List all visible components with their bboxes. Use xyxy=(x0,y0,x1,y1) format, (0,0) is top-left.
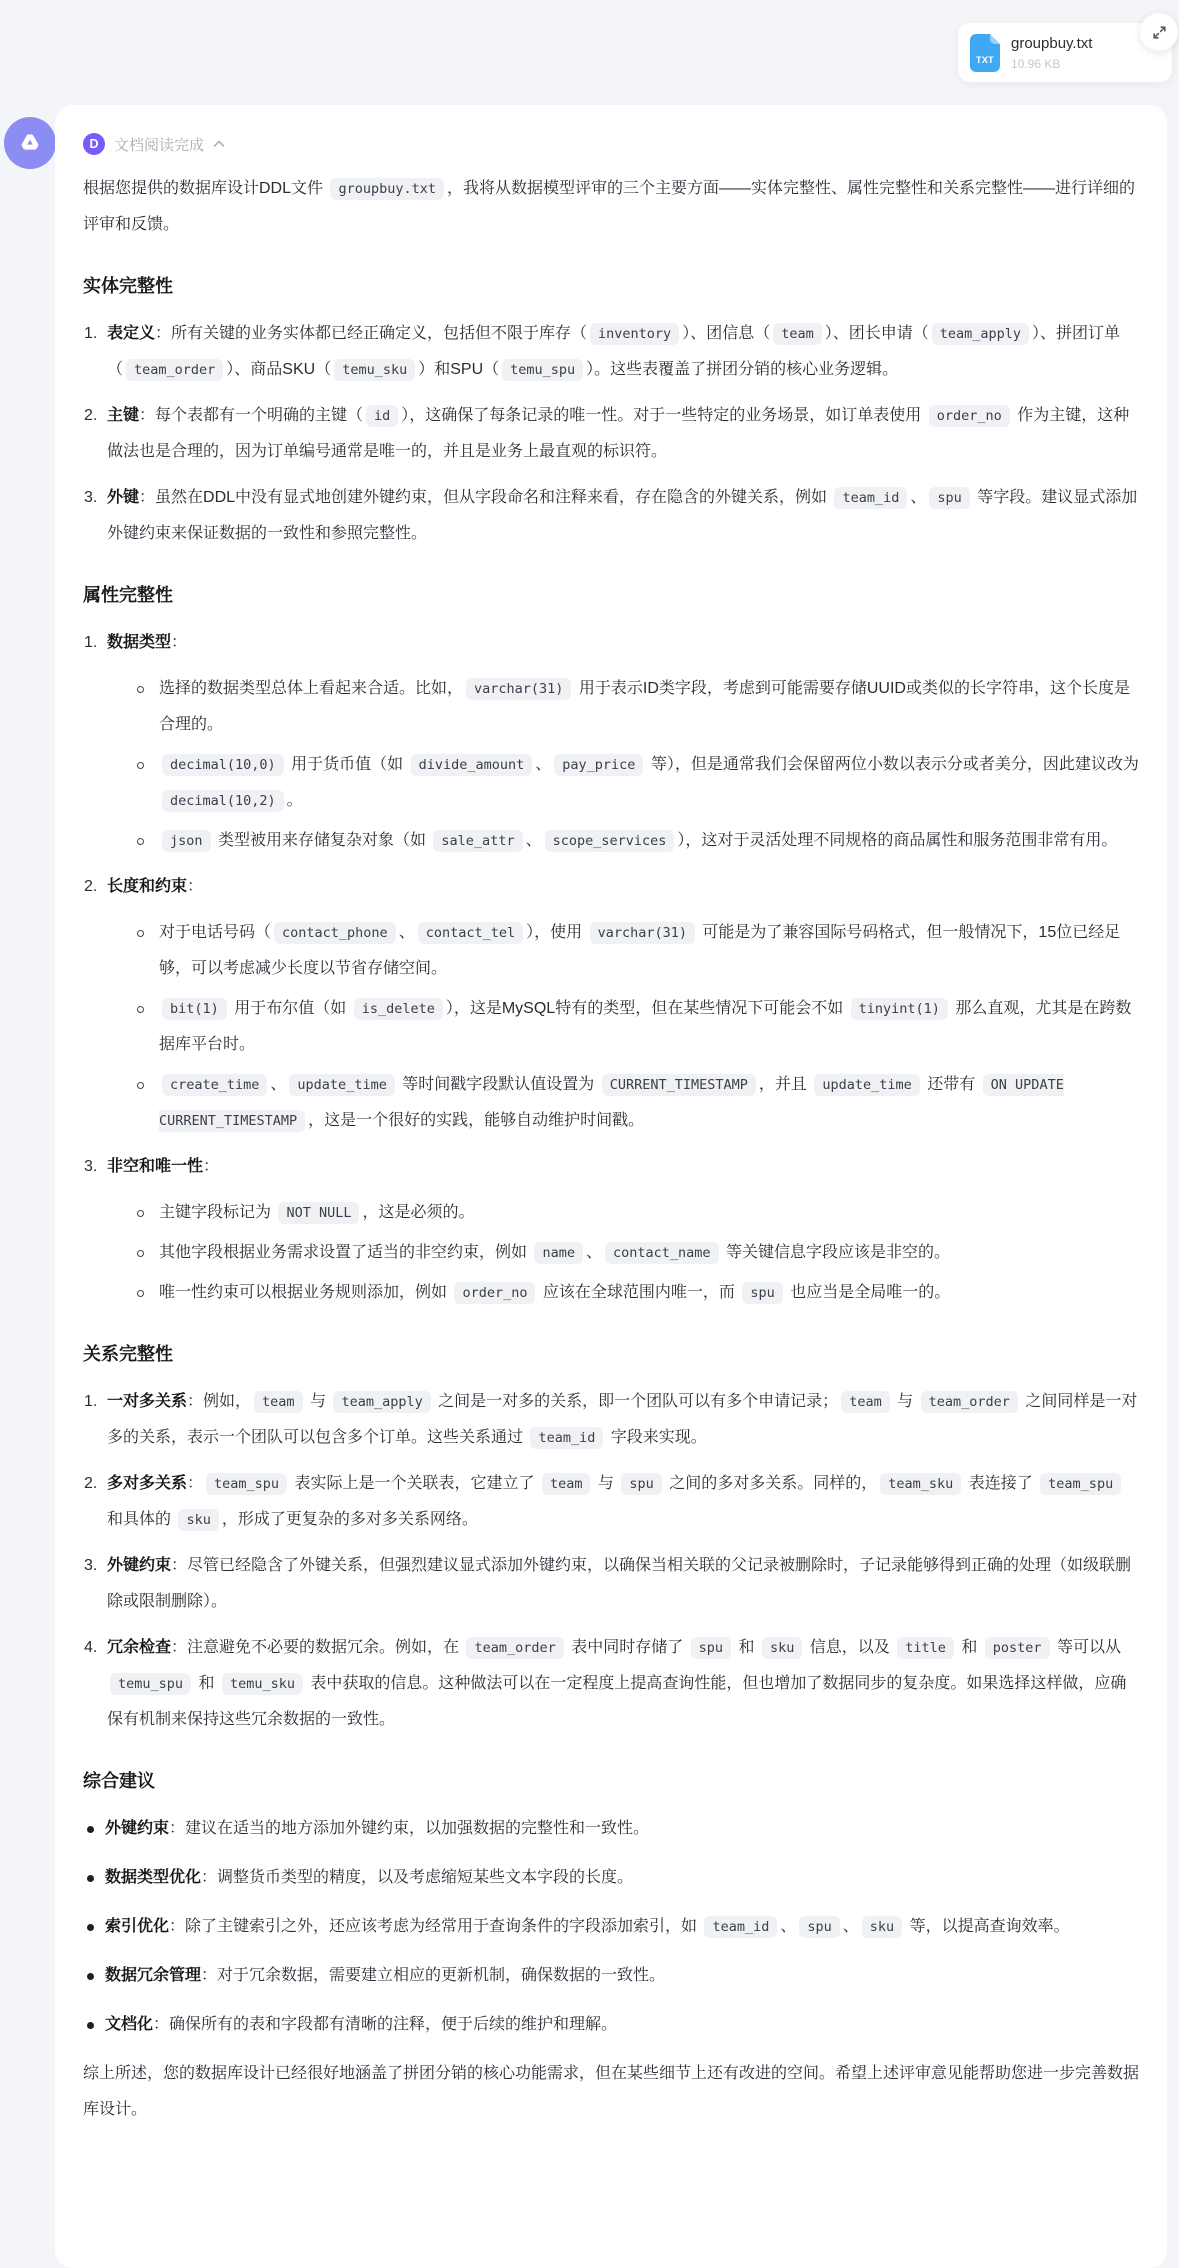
inline-code: team xyxy=(254,1391,303,1413)
text-run: ： xyxy=(171,634,187,651)
text-run: ，并且 xyxy=(759,1076,811,1093)
inline-code: contact_name xyxy=(605,1242,719,1264)
text-run: 等，以提高查询效率。 xyxy=(905,1918,1069,1935)
inline-code: team_id xyxy=(704,1916,777,1938)
text-run: ：对于冗余数据，需要建立相应的更新机制，确保数据的一致性。 xyxy=(201,1967,665,1984)
ordered-list-item: 1.表定义：所有关键的业务实体都已经正确定义，包括但不限于库存（inventor… xyxy=(83,316,1141,388)
inline-code: is_delete xyxy=(354,998,443,1020)
bold-term: 外键约束 xyxy=(105,1820,169,1837)
inline-code: sku xyxy=(862,1916,902,1938)
inline-code: contact_phone xyxy=(274,922,396,944)
inline-code: team_id xyxy=(530,1427,603,1449)
sub-bullet-list: 选择的数据类型总体上看起来合适。比如，varchar(31) 用于表示ID类字段… xyxy=(83,671,1141,859)
assistant-avatar xyxy=(4,117,56,169)
list-number: 4. xyxy=(84,1630,97,1666)
disc-bullet-icon xyxy=(87,1826,94,1833)
circle-bullet-icon xyxy=(137,686,144,693)
inline-code: team xyxy=(542,1473,591,1495)
attachment-filesize: 10.96 KB xyxy=(1011,57,1092,71)
ordered-list-item: 3.外键约束：尽管已经隐含了外键关系，但强烈建议显式添加外键约束，以确保当相关联… xyxy=(83,1548,1141,1620)
circle-bullet-icon xyxy=(137,1290,144,1297)
inline-code: create_time xyxy=(162,1074,267,1096)
document-badge-icon: D xyxy=(83,133,105,155)
text-run: ，形成了更复杂的多对多关系网络。 xyxy=(222,1511,478,1528)
section-heading: 实体完整性 xyxy=(83,273,1141,300)
text-run: 和 xyxy=(734,1639,759,1656)
inline-code: team_order xyxy=(126,359,223,381)
text-run: 、 xyxy=(535,756,551,773)
bold-term: 数据冗余管理 xyxy=(105,1967,201,1984)
text-run: ：调整货币类型的精度，以及考虑缩短某些文本字段的长度。 xyxy=(201,1869,633,1886)
doc-read-status-label: 文档阅读完成 xyxy=(114,134,204,155)
bullet-list-item: 数据冗余管理：对于冗余数据，需要建立相应的更新机制，确保数据的一致性。 xyxy=(83,1958,1141,1994)
inline-code: decimal(10,2) xyxy=(162,790,284,812)
inline-code: temu_spu xyxy=(502,359,583,381)
ordered-list: 1.一对多关系：例如，team 与 team_apply 之间是一对多的关系，即… xyxy=(83,1384,1141,1738)
inline-code: bit(1) xyxy=(162,998,227,1020)
bold-term: 一对多关系 xyxy=(107,1393,187,1410)
text-run: ：除了主键索引之外，还应该考虑为经常用于查询条件的字段添加索引，如 xyxy=(169,1918,701,1935)
bold-term: 数据类型 xyxy=(107,634,171,651)
inline-code: team_id xyxy=(834,487,907,509)
inline-code: sku xyxy=(178,1509,218,1531)
text-run: 等可以从 xyxy=(1053,1639,1121,1656)
text-run: 、 xyxy=(910,489,926,506)
bold-term: 冗余检查 xyxy=(107,1639,171,1656)
text-run: 等时间戳字段默认值设置为 xyxy=(398,1076,599,1093)
section-heading: 属性完整性 xyxy=(83,582,1141,609)
text-run: 和 xyxy=(194,1675,219,1692)
disc-bullet-icon xyxy=(87,1875,94,1882)
text-run: ，这是一个很好的实践，能够自动维护时间戳。 xyxy=(308,1112,644,1129)
sub-list-item: json 类型被用来存储复杂对象（如 sale_attr、scope_servi… xyxy=(134,823,1141,859)
bold-term: 外键约束 xyxy=(107,1557,171,1574)
text-run: ： xyxy=(187,1475,203,1492)
text-run: 与 xyxy=(306,1393,331,1410)
ordered-list-item: 1.一对多关系：例如，team 与 team_apply 之间是一对多的关系，即… xyxy=(83,1384,1141,1456)
text-run: ：所有关键的业务实体都已经正确定义，包括但不限于库存（ xyxy=(155,325,587,342)
sub-list-item: 主键字段标记为 NOT NULL，这是必须的。 xyxy=(134,1195,1141,1231)
inline-code: spu xyxy=(621,1473,661,1495)
bold-term: 数据类型优化 xyxy=(105,1869,201,1886)
circle-bullet-icon xyxy=(137,1250,144,1257)
inline-code: sku xyxy=(762,1637,802,1659)
text-run: 对于电话号码（ xyxy=(159,924,271,941)
circle-bullet-icon xyxy=(137,1082,144,1089)
text-run: 与 xyxy=(893,1393,918,1410)
ordered-list-item: 1.数据类型： xyxy=(83,625,1141,661)
text-run: 、 xyxy=(270,1076,286,1093)
inline-code: order_no xyxy=(454,1282,535,1304)
bullet-list-item: 外键约束：建议在适当的地方添加外键约束，以加强数据的完整性和一致性。 xyxy=(83,1811,1141,1847)
bullet-list: 外键约束：建议在适当的地方添加外键约束，以加强数据的完整性和一致性。数据类型优化… xyxy=(83,1811,1141,2043)
text-run: 唯一性约束可以根据业务规则添加，例如 xyxy=(159,1284,451,1301)
text-run: 表连接了 xyxy=(964,1475,1037,1492)
expand-button[interactable] xyxy=(1140,13,1178,51)
sub-bullet-list: 对于电话号码（contact_phone、contact_tel），使用 var… xyxy=(83,915,1141,1139)
text-run: 与 xyxy=(593,1475,618,1492)
inline-code: team_apply xyxy=(333,1391,430,1413)
inline-code: team_order xyxy=(921,1391,1018,1413)
sub-list-item: create_time、update_time 等时间戳字段默认值设置为 CUR… xyxy=(134,1067,1141,1139)
text-run: 根据您提供的数据库设计DDL文件 xyxy=(83,180,327,197)
inline-code: varchar(31) xyxy=(466,678,571,700)
bold-term: 表定义 xyxy=(107,325,155,342)
section-heading: 综合建议 xyxy=(83,1768,1141,1795)
text-run: ：虽然在DDL中没有显式地创建外键约束，但从字段命名和注释来看，存在隐含的外键关… xyxy=(139,489,831,506)
circle-bullet-icon xyxy=(137,930,144,937)
ordered-list: 1.数据类型：选择的数据类型总体上看起来合适。比如，varchar(31) 用于… xyxy=(83,625,1141,1311)
sub-list-item: 其他字段根据业务需求设置了适当的非空约束，例如 name、contact_nam… xyxy=(134,1235,1141,1271)
text-run: 用于布尔值（如 xyxy=(230,1000,351,1017)
text-run: 、 xyxy=(526,832,542,849)
bold-term: 外键 xyxy=(107,489,139,506)
text-run: 类型被用来存储复杂对象（如 xyxy=(214,832,431,849)
bold-term: 索引优化 xyxy=(105,1918,169,1935)
text-run: 、 xyxy=(586,1244,602,1261)
sub-bullet-list: 主键字段标记为 NOT NULL，这是必须的。其他字段根据业务需求设置了适当的非… xyxy=(83,1195,1141,1311)
bold-term: 多对多关系 xyxy=(107,1475,187,1492)
text-run: ：尽管已经隐含了外键关系，但强烈建议显式添加外键约束，以确保当相关联的父记录被删… xyxy=(107,1557,1131,1610)
inline-code: spu xyxy=(799,1916,839,1938)
list-number: 2. xyxy=(84,1466,97,1502)
inline-code: scope_services xyxy=(545,830,675,852)
text-run: 字段来实现。 xyxy=(606,1429,706,1446)
text-run: ： xyxy=(187,878,203,895)
list-number: 1. xyxy=(84,625,97,661)
text-run: 之间的多对多关系。同样的， xyxy=(665,1475,877,1492)
inline-code: update_time xyxy=(289,1074,394,1096)
text-run: 、 xyxy=(843,1918,859,1935)
bold-term: 主键 xyxy=(107,407,139,424)
assistant-logo-icon xyxy=(15,128,45,158)
text-run: 等关键信息字段应该是非空的。 xyxy=(722,1244,950,1261)
inline-code: team_spu xyxy=(206,1473,287,1495)
bold-term: 长度和约束 xyxy=(107,878,187,895)
attachment-meta: groupbuy.txt 10.96 KB xyxy=(1011,35,1092,71)
ordered-list-item: 3.外键：虽然在DDL中没有显式地创建外键约束，但从字段命名和注释来看，存在隐含… xyxy=(83,480,1141,552)
circle-bullet-icon xyxy=(137,1006,144,1013)
inline-code: team xyxy=(841,1391,890,1413)
disc-bullet-icon xyxy=(87,1973,94,1980)
disc-bullet-icon xyxy=(87,2022,94,2029)
text-run: ），使用 xyxy=(526,924,586,941)
inline-code: team_spu xyxy=(1040,1473,1121,1495)
bullet-list-item: 数据类型优化：调整货币类型的精度，以及考虑缩短某些文本字段的长度。 xyxy=(83,1860,1141,1896)
inline-code: team xyxy=(773,323,822,345)
text-run: 用于货币值（如 xyxy=(287,756,408,773)
inline-code: order_no xyxy=(929,405,1010,427)
inline-code: decimal(10,0) xyxy=(162,754,284,776)
text-run: ：注意避免不必要的数据冗余。例如，在 xyxy=(171,1639,463,1656)
ordered-list-item: 2.多对多关系：team_spu 表实际上是一个关联表，它建立了 team 与 … xyxy=(83,1466,1141,1538)
doc-read-status-toggle[interactable]: D 文档阅读完成 xyxy=(83,133,1141,155)
ordered-list-item: 4.冗余检查：注意避免不必要的数据冗余。例如，在 team_order 表中同时… xyxy=(83,1630,1141,1738)
text-run: ，这是必须的。 xyxy=(362,1204,474,1221)
inline-code: temu_sku xyxy=(222,1673,303,1695)
bold-term: 文档化 xyxy=(105,2016,153,2033)
text-run: 。 xyxy=(287,792,303,809)
inline-code: NOT NULL xyxy=(278,1202,359,1224)
text-run: ）、商品SKU（ xyxy=(226,361,331,378)
text-run: ：例如， xyxy=(187,1393,251,1410)
inline-code: spu xyxy=(691,1637,731,1659)
inline-code: name xyxy=(534,1242,583,1264)
text-run: 主键字段标记为 xyxy=(159,1204,275,1221)
circle-bullet-icon xyxy=(137,1210,144,1217)
ordered-list: 1.表定义：所有关键的业务实体都已经正确定义，包括但不限于库存（inventor… xyxy=(83,316,1141,552)
inline-code: spu xyxy=(929,487,969,509)
list-number: 1. xyxy=(84,1384,97,1420)
list-number: 2. xyxy=(84,869,97,905)
text-run: ）、团长申请（ xyxy=(825,325,929,342)
ordered-list-item: 3.非空和唯一性： xyxy=(83,1149,1141,1185)
text-run: ）。这些表覆盖了拼团分销的核心业务逻辑。 xyxy=(586,361,898,378)
ordered-list-item: 2.主键：每个表都有一个明确的主键（id），这确保了每条记录的唯一性。对于一些特… xyxy=(83,398,1141,470)
inline-code: pay_price xyxy=(554,754,643,776)
inline-code: groupbuy.txt xyxy=(330,178,444,200)
text-run: 信息，以及 xyxy=(805,1639,894,1656)
bold-term: 非空和唯一性 xyxy=(107,1158,203,1175)
text-run: ：每个表都有一个明确的主键（ xyxy=(139,407,363,424)
circle-bullet-icon xyxy=(137,762,144,769)
text-run: 表中同时存储了 xyxy=(567,1639,688,1656)
inline-code: varchar(31) xyxy=(590,922,695,944)
txt-file-icon: TXT xyxy=(970,34,1000,72)
assistant-message-card: D 文档阅读完成 根据您提供的数据库设计DDL文件 groupbuy.txt，我… xyxy=(55,105,1167,2268)
sub-list-item: 选择的数据类型总体上看起来合适。比如，varchar(31) 用于表示ID类字段… xyxy=(134,671,1141,743)
inline-code: json xyxy=(162,830,211,852)
text-run: ），这确保了每条记录的唯一性。对于一些特定的业务场景，如订单表使用 xyxy=(401,407,925,424)
text-run: 还带有 xyxy=(923,1076,980,1093)
text-run: 选择的数据类型总体上看起来合适。比如， xyxy=(159,680,463,697)
sub-list-item: decimal(10,0) 用于货币值（如 divide_amount、pay_… xyxy=(134,747,1141,819)
inline-code: contact_tel xyxy=(418,922,523,944)
inline-code: CURRENT_TIMESTAMP xyxy=(602,1074,756,1096)
ordered-list-item: 2.长度和约束： xyxy=(83,869,1141,905)
text-run: ）、团信息（ xyxy=(682,325,770,342)
inline-code: team_apply xyxy=(932,323,1029,345)
bullet-list-item: 文档化：确保所有的表和字段都有清晰的注释，便于后续的维护和理解。 xyxy=(83,2007,1141,2043)
inline-code: sale_attr xyxy=(433,830,522,852)
inline-code: spu xyxy=(742,1282,782,1304)
text-run: ： xyxy=(203,1158,219,1175)
inline-code: inventory xyxy=(590,323,679,345)
paragraph: 根据您提供的数据库设计DDL文件 groupbuy.txt，我将从数据模型评审的… xyxy=(83,171,1141,243)
inline-code: divide_amount xyxy=(411,754,533,776)
txt-file-icon-label: TXT xyxy=(976,55,994,65)
sub-list-item: bit(1) 用于布尔值（如 is_delete），这是MySQL特有的类型，但… xyxy=(134,991,1141,1063)
text-run: 和具体的 xyxy=(107,1511,175,1528)
attachment-filename: groupbuy.txt xyxy=(1011,35,1092,52)
list-number: 2. xyxy=(84,398,97,434)
inline-code: temu_sku xyxy=(334,359,415,381)
text-run: ：建议在适当的地方添加外键约束，以加强数据的完整性和一致性。 xyxy=(169,1820,649,1837)
inline-code: title xyxy=(897,1637,954,1659)
text-run: ），这是MySQL特有的类型，但在某些情况下可能会不如 xyxy=(446,1000,848,1017)
inline-code: poster xyxy=(985,1637,1050,1659)
sub-list-item: 对于电话号码（contact_phone、contact_tel），使用 var… xyxy=(134,915,1141,987)
list-number: 1. xyxy=(84,316,97,352)
sub-list-item: 唯一性约束可以根据业务规则添加，例如 order_no 应该在全球范围内唯一，而… xyxy=(134,1275,1141,1311)
text-run: ），这对于灵活处理不同规格的商品属性和服务范围非常有用。 xyxy=(677,832,1117,849)
inline-code: tinyint(1) xyxy=(851,998,948,1020)
text-run: ：确保所有的表和字段都有清晰的注释，便于后续的维护和理解。 xyxy=(153,2016,617,2033)
bullet-list-item: 索引优化：除了主键索引之外，还应该考虑为经常用于查询条件的字段添加索引，如 te… xyxy=(83,1909,1141,1945)
text-run: 、 xyxy=(399,924,415,941)
text-run: ）和SPU（ xyxy=(418,361,499,378)
inline-code: id xyxy=(366,405,398,427)
inline-code: update_time xyxy=(814,1074,919,1096)
text-run: 应该在全球范围内唯一，而 xyxy=(538,1284,739,1301)
disc-bullet-icon xyxy=(87,1924,94,1931)
list-number: 3. xyxy=(84,1548,97,1584)
inline-code: temu_spu xyxy=(110,1673,191,1695)
list-number: 3. xyxy=(84,1149,97,1185)
text-run: 也应当是全局唯一的。 xyxy=(786,1284,950,1301)
inline-code: team_order xyxy=(466,1637,563,1659)
list-number: 3. xyxy=(84,480,97,516)
circle-bullet-icon xyxy=(137,838,144,845)
inline-code: team_sku xyxy=(880,1473,961,1495)
text-run: 之间是一对多的关系，即一个团队可以有多个申请记录； xyxy=(434,1393,838,1410)
paragraph: 综上所述，您的数据库设计已经很好地涵盖了拼团分销的核心功能需求，但在某些细节上还… xyxy=(83,2056,1141,2128)
text-run: 等），但是通常我们会保留两位小数以表示分或者美分，因此建议改为 xyxy=(646,756,1138,773)
message-content: 根据您提供的数据库设计DDL文件 groupbuy.txt，我将从数据模型评审的… xyxy=(83,171,1141,2128)
section-heading: 关系完整性 xyxy=(83,1341,1141,1368)
chevron-up-icon xyxy=(213,140,225,148)
expand-icon xyxy=(1151,24,1168,41)
text-run: 其他字段根据业务需求设置了适当的非空约束，例如 xyxy=(159,1244,531,1261)
text-run: 、 xyxy=(780,1918,796,1935)
text-run: 和 xyxy=(957,1639,982,1656)
text-run: 综上所述，您的数据库设计已经很好地涵盖了拼团分销的核心功能需求，但在某些细节上还… xyxy=(83,2065,1139,2118)
text-run: 表实际上是一个关联表，它建立了 xyxy=(290,1475,539,1492)
